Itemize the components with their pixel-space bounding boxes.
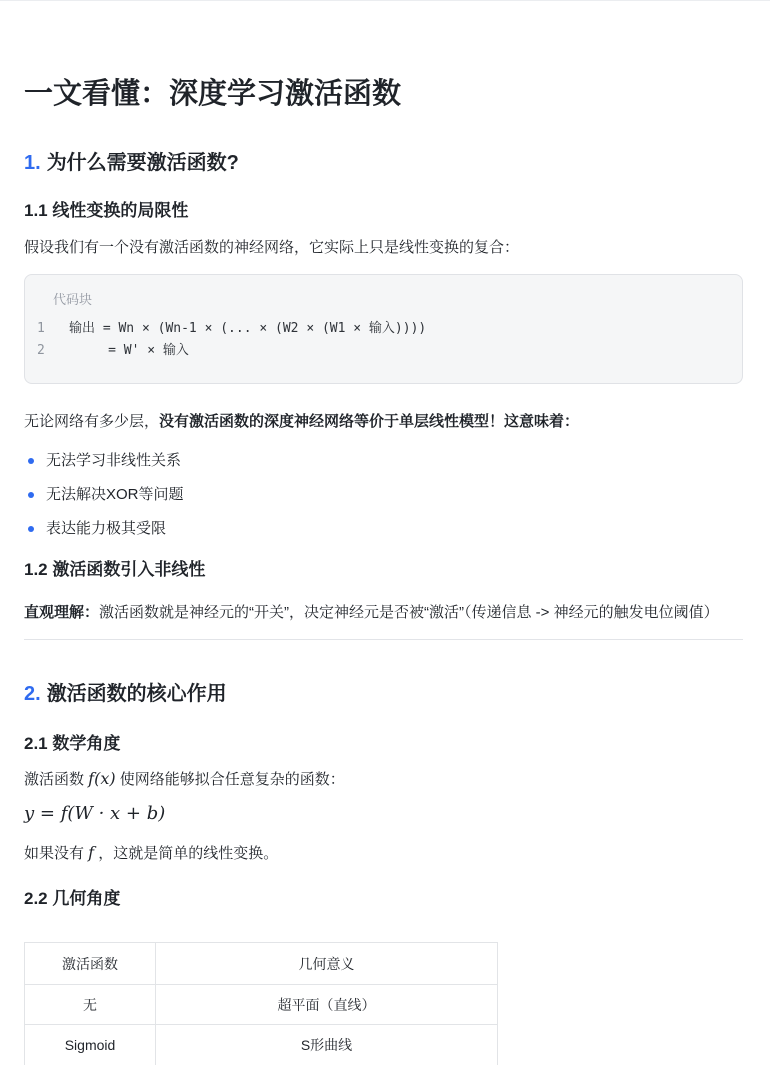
table-header-cell: 激活函数	[25, 943, 156, 985]
inline-math-fx: f(x)	[88, 769, 115, 788]
list-item-text: 无法学习非线性关系	[46, 452, 181, 469]
code-line-number: 2	[25, 340, 69, 362]
code-line-number: 1	[25, 318, 69, 340]
math-intro-before: 激活函数	[24, 771, 88, 788]
bullet-dot-icon	[28, 526, 34, 532]
section-2-heading-text: 激活函数的核心作用	[47, 683, 227, 705]
code-line: 1输出 = Wn × (Wn-1 × (... × (W2 × (W1 × 输入…	[25, 318, 722, 340]
note-paragraph: 如果没有 f ，这就是简单的线性变换。	[24, 840, 743, 867]
subsection-2-2-heading: 2.2 几何角度	[24, 887, 743, 911]
code-lines: 1输出 = Wn × (Wn-1 × (... × (W2 × (W1 × 输入…	[25, 318, 722, 362]
page-title: 一文看懂：深度学习激活函数	[24, 75, 743, 113]
conclusion-normal-text: 无论网络有多少层，	[24, 413, 159, 430]
list-item-text: 无法解决XOR等问题	[46, 486, 184, 503]
code-block-label: 代码块	[53, 291, 722, 309]
table-cell: S形曲线	[156, 1025, 498, 1065]
intro-paragraph: 假设我们有一个没有激活函数的神经网络，它实际上只是线性变换的复合：	[24, 235, 743, 261]
intuition-label: 直观理解：	[24, 604, 99, 621]
limitations-list: 无法学习非线性关系 无法解决XOR等问题 表达能力极其受限	[24, 448, 743, 542]
conclusion-bold-text: 没有激活函数的深度神经网络等价于单层线性模型！这意味着：	[159, 413, 579, 430]
intuition-paragraph: 直观理解：激活函数就是神经元的“开关”，决定神经元是否被“激活”（传递信息 ->…	[24, 600, 743, 626]
table-row: Sigmoid S形曲线	[25, 1025, 498, 1065]
section-1-heading: 1.为什么需要激活函数?	[24, 149, 743, 177]
list-item: 无法解决XOR等问题	[24, 482, 743, 508]
table-header-row: 激活函数 几何意义	[25, 943, 498, 985]
section-1-heading-text: 为什么需要激活函数?	[47, 152, 239, 174]
code-line: 2 = W' × 输入	[25, 340, 722, 362]
note-after: ，这就是简单的线性变换。	[94, 845, 278, 862]
conclusion-paragraph: 无论网络有多少层，没有激活函数的深度神经网络等价于单层线性模型！这意味着：	[24, 409, 743, 435]
code-line-text: = W' × 输入	[69, 340, 189, 362]
note-before: 如果没有	[24, 845, 88, 862]
subsection-1-2-heading: 1.2 激活函数引入非线性	[24, 558, 743, 582]
subsection-1-1-heading: 1.1 线性变换的局限性	[24, 199, 743, 223]
table-row: 无 超平面（直线）	[25, 985, 498, 1025]
geometry-table: 激活函数 几何意义 无 超平面（直线） Sigmoid S形曲线	[24, 942, 498, 1065]
table-cell: Sigmoid	[25, 1025, 156, 1065]
section-divider	[24, 639, 743, 640]
list-item: 无法学习非线性关系	[24, 448, 743, 474]
code-block: 代码块 1输出 = Wn × (Wn-1 × (... × (W2 × (W1 …	[24, 274, 743, 384]
section-2-heading: 2.激活函数的核心作用	[24, 680, 743, 708]
section-1-number: 1.	[24, 152, 41, 174]
math-intro-after: 使网络能够拟合任意复杂的函数：	[116, 771, 345, 788]
code-line-text: 输出 = Wn × (Wn-1 × (... × (W2 × (W1 × 输入)…	[69, 318, 426, 340]
bullet-dot-icon	[28, 492, 34, 498]
formula-block: y = f(W · x + b)	[24, 802, 743, 826]
document-body: 一文看懂：深度学习激活函数 1.为什么需要激活函数? 1.1 线性变换的局限性 …	[0, 75, 770, 1065]
table-header-cell: 几何意义	[156, 943, 498, 985]
subsection-2-1-heading: 2.1 数学角度	[24, 732, 743, 756]
section-2-number: 2.	[24, 683, 41, 705]
intuition-text: 激活函数就是神经元的“开关”，决定神经元是否被“激活”（传递信息 -> 神经元的…	[99, 604, 719, 621]
document-page: { "colors": { "accent_blue": "#2f6bf0", …	[0, 0, 770, 1088]
math-intro-paragraph: 激活函数 f(x) 使网络能够拟合任意复杂的函数：	[24, 766, 743, 793]
list-item: 表达能力极其受限	[24, 516, 743, 542]
table-cell: 无	[25, 985, 156, 1025]
list-item-text: 表达能力极其受限	[46, 520, 166, 537]
table-cell: 超平面（直线）	[156, 985, 498, 1025]
bullet-dot-icon	[28, 458, 34, 464]
